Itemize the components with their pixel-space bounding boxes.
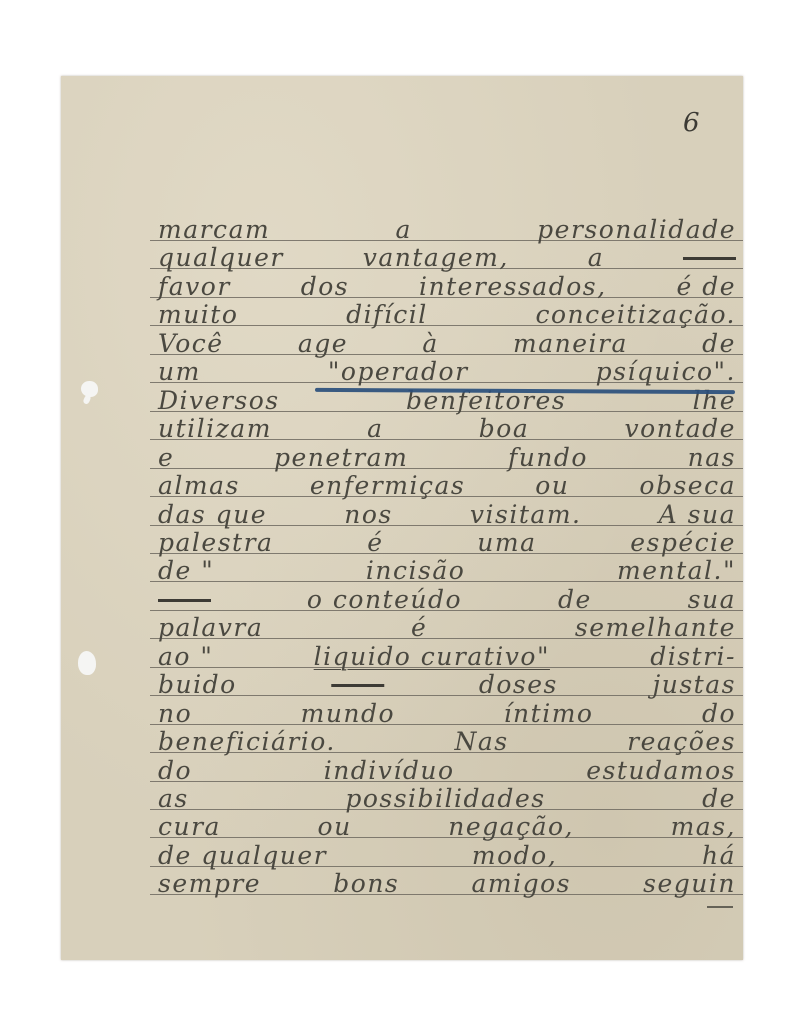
handwritten-word: reações [627,729,736,755]
handwritten-word: "operador [328,359,469,385]
manuscript-line: epenetramfundonas [158,443,736,471]
handwritten-text: marcamapersonalidadequalquervantagem,a f… [0,0,807,1024]
handwritten-word: age [298,331,348,357]
handwritten-word: amigos [471,871,571,897]
handwritten-word: enfermiças [310,473,465,499]
handwritten-word: mundo [301,701,395,727]
manuscript-line: ao "liquido curativo"distri- [158,642,736,670]
handwritten-word: qualquer [158,245,284,271]
manuscript-line: semprebonsamigosseguin [158,869,736,897]
handwritten-word: utilizam [158,416,272,442]
manuscript-line: aspossibilidadesde [158,784,736,812]
manuscript-line: Vocêageàmaneirade [158,329,736,357]
handwritten-word: a [367,416,383,442]
handwritten-word: boa [479,416,529,442]
handwritten-word: distri- [650,644,736,670]
handwritten-word: uma [477,530,536,556]
handwritten-word: personalidade [537,217,736,243]
handwritten-word: a [588,245,604,271]
handwritten-word: semelhante [575,615,736,641]
handwritten-word: indivíduo [324,758,455,784]
handwritten-word: maneira [513,331,628,357]
handwritten-word: um [158,359,201,385]
handwritten-word: estudamos [586,758,736,784]
handwritten-word: há [702,843,736,869]
handwritten-word [331,672,384,698]
handwritten-word: vontade [624,416,736,442]
manuscript-line: beneficiário.Nasreações [158,727,736,755]
handwritten-word: de [558,587,592,613]
handwritten-word: possibilidades [345,786,545,812]
handwritten-word: a [395,217,411,243]
handwritten-word: nas [688,445,736,471]
handwritten-word: é [411,615,427,641]
handwritten-word: favor [158,274,231,300]
handwritten-word: psíquico". [596,359,736,385]
manuscript-line: almasenfermiçasouobseca [158,471,736,499]
handwritten-word: nos [344,502,392,528]
handwritten-word: beneficiário. [158,729,336,755]
manuscript-line: de "incisãomental." [158,556,736,584]
handwritten-word: de [702,786,736,812]
handwritten-word: A sua [659,502,736,528]
handwritten-word: interessados, [419,274,607,300]
manuscript-line: o conteúdodesua [158,585,736,613]
handwritten-word: obseca [639,473,736,499]
handwritten-word: do [158,758,192,784]
handwritten-word: sua [688,587,736,613]
handwritten-word: à [422,331,438,357]
handwritten-word [158,587,211,613]
handwritten-word: marcam [158,217,270,243]
manuscript-line: doindivíduoestudamos [158,756,736,784]
manuscript-line: palestraéumaespécie [158,528,736,556]
handwritten-word: mental." [617,558,736,584]
handwritten-word: no [158,701,192,727]
handwritten-word: ou [318,814,352,840]
handwritten-word: justas [653,672,736,698]
handwritten-word: modo, [472,843,557,869]
handwritten-word: liquido curativo" [314,644,550,670]
handwritten-word: bons [333,871,399,897]
manuscript-line: qualquervantagem,a [158,243,736,271]
handwritten-word: conceitização. [535,302,736,328]
manuscript-line: de qualquermodo,há [158,841,736,869]
manuscript-line: buido dosesjustas [158,670,736,698]
handwritten-word: as [158,786,189,812]
handwritten-word: palestra [158,530,273,556]
handwritten-word: palavra [158,615,263,641]
handwritten-word: íntimo [504,701,594,727]
handwritten-word: espécie [630,530,736,556]
manuscript-line: nomundoíntimodo [158,699,736,727]
handwritten-word: e [158,445,174,471]
manuscript-line: curaounegação,mas, [158,812,736,840]
handwritten-word: seguin [643,871,736,897]
handwritten-word: do [702,701,736,727]
manuscript-line: muitodifícilconceitização. [158,300,736,328]
handwritten-word: fundo [508,445,588,471]
handwritten-word: ao " [158,644,213,670]
handwritten-word: Diversos [158,388,280,414]
handwritten-word: é [367,530,383,556]
handwritten-word: dos [301,274,349,300]
handwritten-word: Nas [454,729,508,755]
continuation-dash [707,906,733,908]
handwritten-word: ou [535,473,569,499]
handwritten-word [683,245,736,271]
manuscript-line: das quenosvisitam.A sua [158,500,736,528]
handwritten-word: negação, [448,814,574,840]
handwritten-word: o conteúdo [307,587,462,613]
handwritten-word: buido [158,672,237,698]
manuscript-line: marcamapersonalidade [158,215,736,243]
handwritten-word: de qualquer [158,843,327,869]
handwritten-word: é de [676,274,736,300]
handwritten-word: Você [158,331,224,357]
handwritten-word: difícil [346,302,428,328]
handwritten-word: vantagem, [363,245,509,271]
manuscript-line: palavraésemelhante [158,613,736,641]
manuscript-line: utilizamaboavontade [158,414,736,442]
handwritten-word: mas, [671,814,736,840]
handwritten-word: das que [158,502,267,528]
handwritten-word: cura [158,814,221,840]
handwritten-word: incisão [366,558,465,584]
manuscript-line: favordosinteressados,é de [158,272,736,300]
manuscript-line: um"operadorpsíquico". [158,357,736,385]
handwritten-word: sempre [158,871,261,897]
handwritten-word: de [702,331,736,357]
handwritten-word: visitam. [470,502,582,528]
handwritten-word: doses [479,672,558,698]
handwritten-word: penetram [274,445,408,471]
handwritten-word: almas [158,473,240,499]
handwritten-word: de " [158,558,214,584]
handwritten-word: muito [158,302,238,328]
